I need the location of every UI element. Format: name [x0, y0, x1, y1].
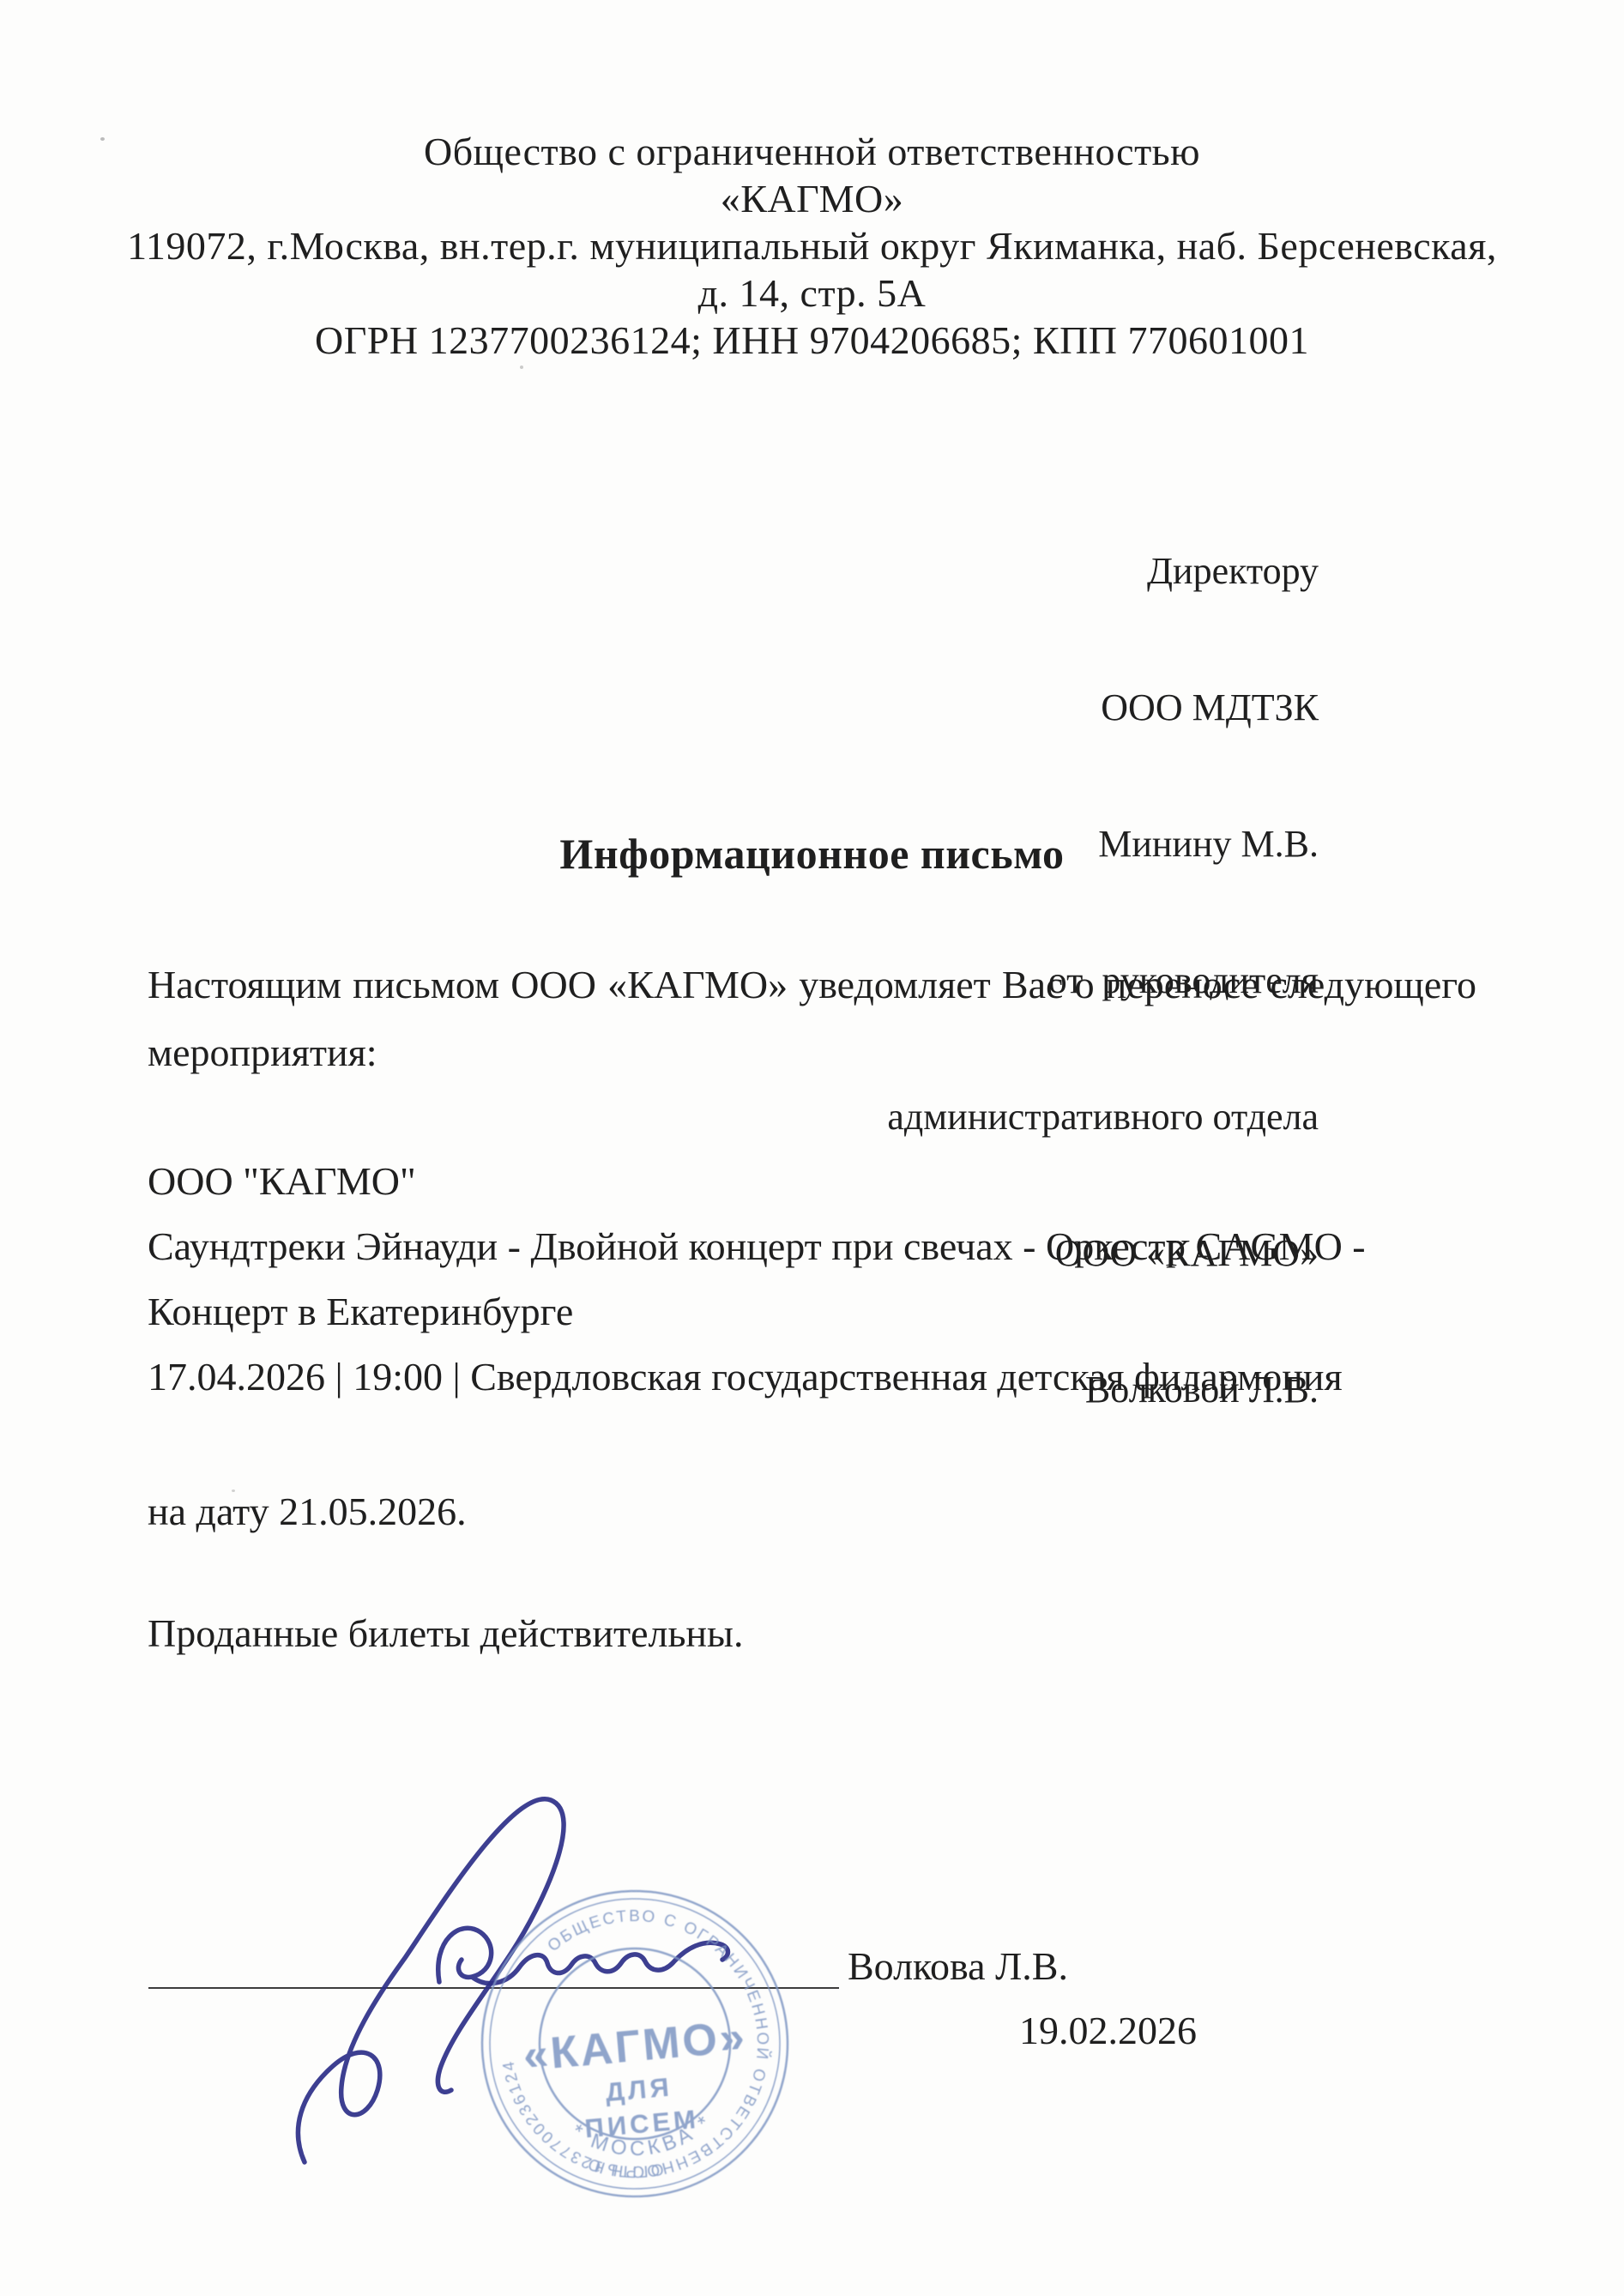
tickets-valid-note: Проданные билеты действительны.	[148, 1610, 743, 1657]
intro-line-2: мероприятия:	[148, 1018, 1476, 1086]
letterhead: Общество с ограниченной ответственностью…	[0, 128, 1624, 364]
company-address-line1: 119072, г.Москва, вн.тер.г. муниципальны…	[0, 222, 1624, 269]
event-name-line-2: Концерт в Екатеринбурге	[148, 1279, 1476, 1344]
event-datetime-venue: 17.04.2026 | 19:00 | Свердловская госуда…	[148, 1344, 1476, 1410]
intro-line-1: Настоящим письмом ООО «КАГМО» уведомляет…	[148, 951, 1476, 1018]
event-company: ООО "КАГМО"	[148, 1149, 1476, 1214]
recipient-position: Директору	[887, 548, 1319, 594]
company-short-name: «КАГМО»	[0, 175, 1624, 222]
company-registration-numbers: ОГРН 1237700236124; ИНН 9704206685; КПП …	[0, 317, 1624, 364]
event-details: ООО "КАГМО" Саундтреки Эйнауди - Двойной…	[148, 1149, 1476, 1410]
company-address-line2: д. 14, стр. 5А	[0, 269, 1624, 317]
stamp-center-line2: ДЛЯ	[604, 2071, 673, 2107]
stamp-center-name: «КАГМО»	[522, 2012, 749, 2082]
company-stamp: ОБЩЕСТВО С ОГРАНИЧЕННОЙ ОТВЕТСТВЕННОСТЬЮ…	[458, 1867, 812, 2220]
company-full-name: Общество с ограниченной ответственностью	[0, 128, 1624, 175]
postponed-date-line: на дату 21.05.2026.	[148, 1488, 467, 1535]
intro-paragraph: Настоящим письмом ООО «КАГМО» уведомляет…	[148, 951, 1476, 1086]
sender-department: административного отдела	[887, 1094, 1319, 1139]
scan-speck	[232, 1489, 235, 1492]
letter-page: Общество с ограниченной ответственностью…	[0, 0, 1624, 2296]
letter-title: Информационное письмо	[0, 829, 1624, 879]
event-name-line-1: Саундтреки Эйнауди - Двойной концерт при…	[148, 1214, 1476, 1279]
scan-speck	[100, 137, 105, 141]
signature-date: 19.02.2026	[1019, 2007, 1197, 2054]
scan-speck	[520, 366, 523, 369]
recipient-company: ООО МДТЗК	[887, 685, 1319, 730]
signer-name: Волкова Л.В.	[848, 1943, 1068, 1990]
